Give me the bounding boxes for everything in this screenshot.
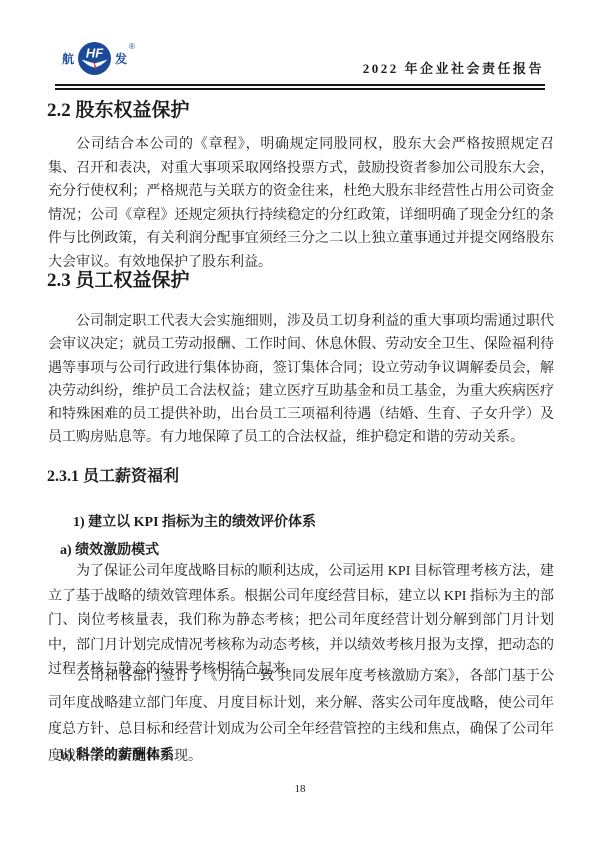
header-divider-rule [55, 84, 545, 90]
salary-system-item-heading: b) 科学的薪酬体系 [60, 744, 174, 764]
registered-mark-icon: ® [129, 42, 135, 51]
section-2-3-1-heading: 2.3.1 员工薪资福利 [47, 463, 179, 486]
performance-incentive-item-heading: a) 绩效激励模式 [60, 539, 159, 559]
report-page: 航 HF 发 ® 2022 年企业社会责任报告 2.2 股东权益保护 公司结合本… [0, 0, 600, 848]
company-logo: 航 HF 发 ® [62, 42, 133, 75]
logo-right-char: 发 [115, 50, 127, 67]
report-header-title: 2022 年企业社会责任报告 [363, 58, 544, 77]
hf-emblem-icon: HF [78, 42, 111, 75]
logo-left-char: 航 [62, 50, 74, 67]
section-2-3-paragraph: 公司制定职工代表大会实施细则，涉及员工切身利益的重大事项均需通过职代会审议决定；… [48, 310, 554, 450]
section-2-2-paragraph: 公司结合本公司的《章程》，明确规定同股同权，股东大会严格按照规定召集、召开和表决… [48, 133, 554, 274]
page-number: 18 [0, 783, 600, 795]
logo-hf-text: HF [86, 46, 104, 61]
section-2-3-heading: 2.3 员工权益保护 [47, 265, 190, 292]
kpi-system-item-heading: 1) 建立以 KPI 指标为主的绩效评价体系 [73, 511, 316, 531]
section-2-2-heading: 2.2 股东权益保护 [47, 95, 190, 122]
